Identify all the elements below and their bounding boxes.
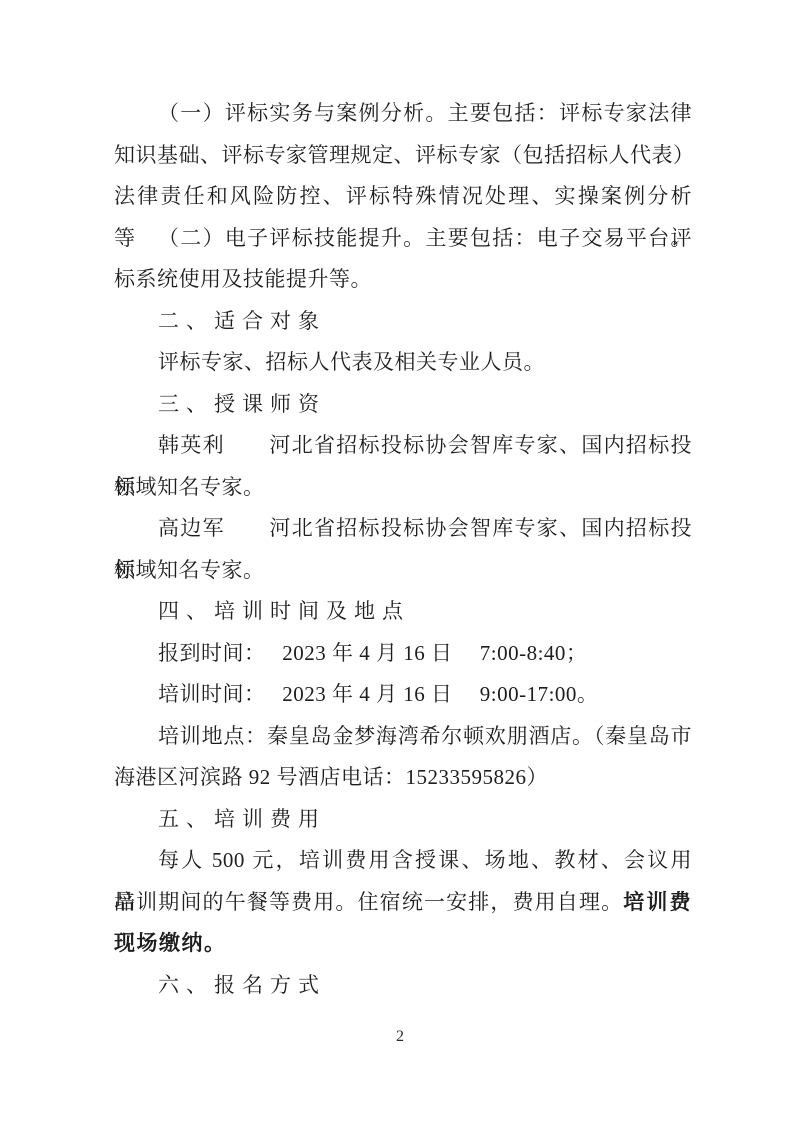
section-heading-2: 二、适合对象 [114,301,692,343]
page-number: 2 [0,1028,800,1046]
section-heading-5: 五、培训费用 [114,799,692,841]
paragraph-line: 标系统使用及技能提升等。 [114,259,692,301]
training-location-line: 培训地点：秦皇岛金梦海湾希尔顿欢朋酒店。（秦皇岛市 [114,716,692,758]
section-heading-6: 六、报名方式 [114,965,692,1007]
paragraph-text: 培训期间的午餐等费用。住宿统一安排，费用自理。 [114,890,623,914]
paragraph-line: 韩英利 河北省招标投标协会智库专家、国内招标投标 [114,425,692,467]
paragraph-line: 培训期间的午餐等费用。住宿统一安排，费用自理。培训费 [114,882,692,924]
paragraph-line: 评标专家、招标人代表及相关专业人员。 [114,342,692,384]
section-heading-4: 四、培训时间及地点 [114,591,692,633]
paragraph-line: 海港区河滨路 92 号酒店电话：15233595826） [114,757,692,799]
paragraph-line: 每人 500 元，培训费用含授课、场地、教材、会议用品、 [114,840,692,882]
section-heading-3: 三、授课师资 [114,384,692,426]
bold-emphasis: 培训费 [623,890,692,914]
bold-emphasis-line: 现场缴纳。 [114,923,692,965]
paragraph-line: 知识基础、评标专家管理规定、评标专家（包括招标人代表） [114,135,692,177]
paragraph-line: 法律责任和风险防控、评标特殊情况处理、实操案例分析等。 [114,176,692,218]
registration-time-line: 报到时间： 2023 年 4 月 16 日 7:00-8:40； [114,633,692,675]
paragraph-line: （二）电子评标技能提升。主要包括：电子交易平台评 [114,218,692,260]
document-body: （一）评标实务与案例分析。主要包括：评标专家法律 知识基础、评标专家管理规定、评… [114,93,692,1006]
paragraph-line: （一）评标实务与案例分析。主要包括：评标专家法律 [114,93,692,135]
paragraph-line: 领域知名专家。 [114,467,692,509]
training-time-line: 培训时间： 2023 年 4 月 16 日 9:00-17:00。 [114,674,692,716]
document-page: （一）评标实务与案例分析。主要包括：评标专家法律 知识基础、评标专家管理规定、评… [0,0,800,1132]
paragraph-line: 领域知名专家。 [114,550,692,592]
paragraph-line: 高边军 河北省招标投标协会智库专家、国内招标投标 [114,508,692,550]
